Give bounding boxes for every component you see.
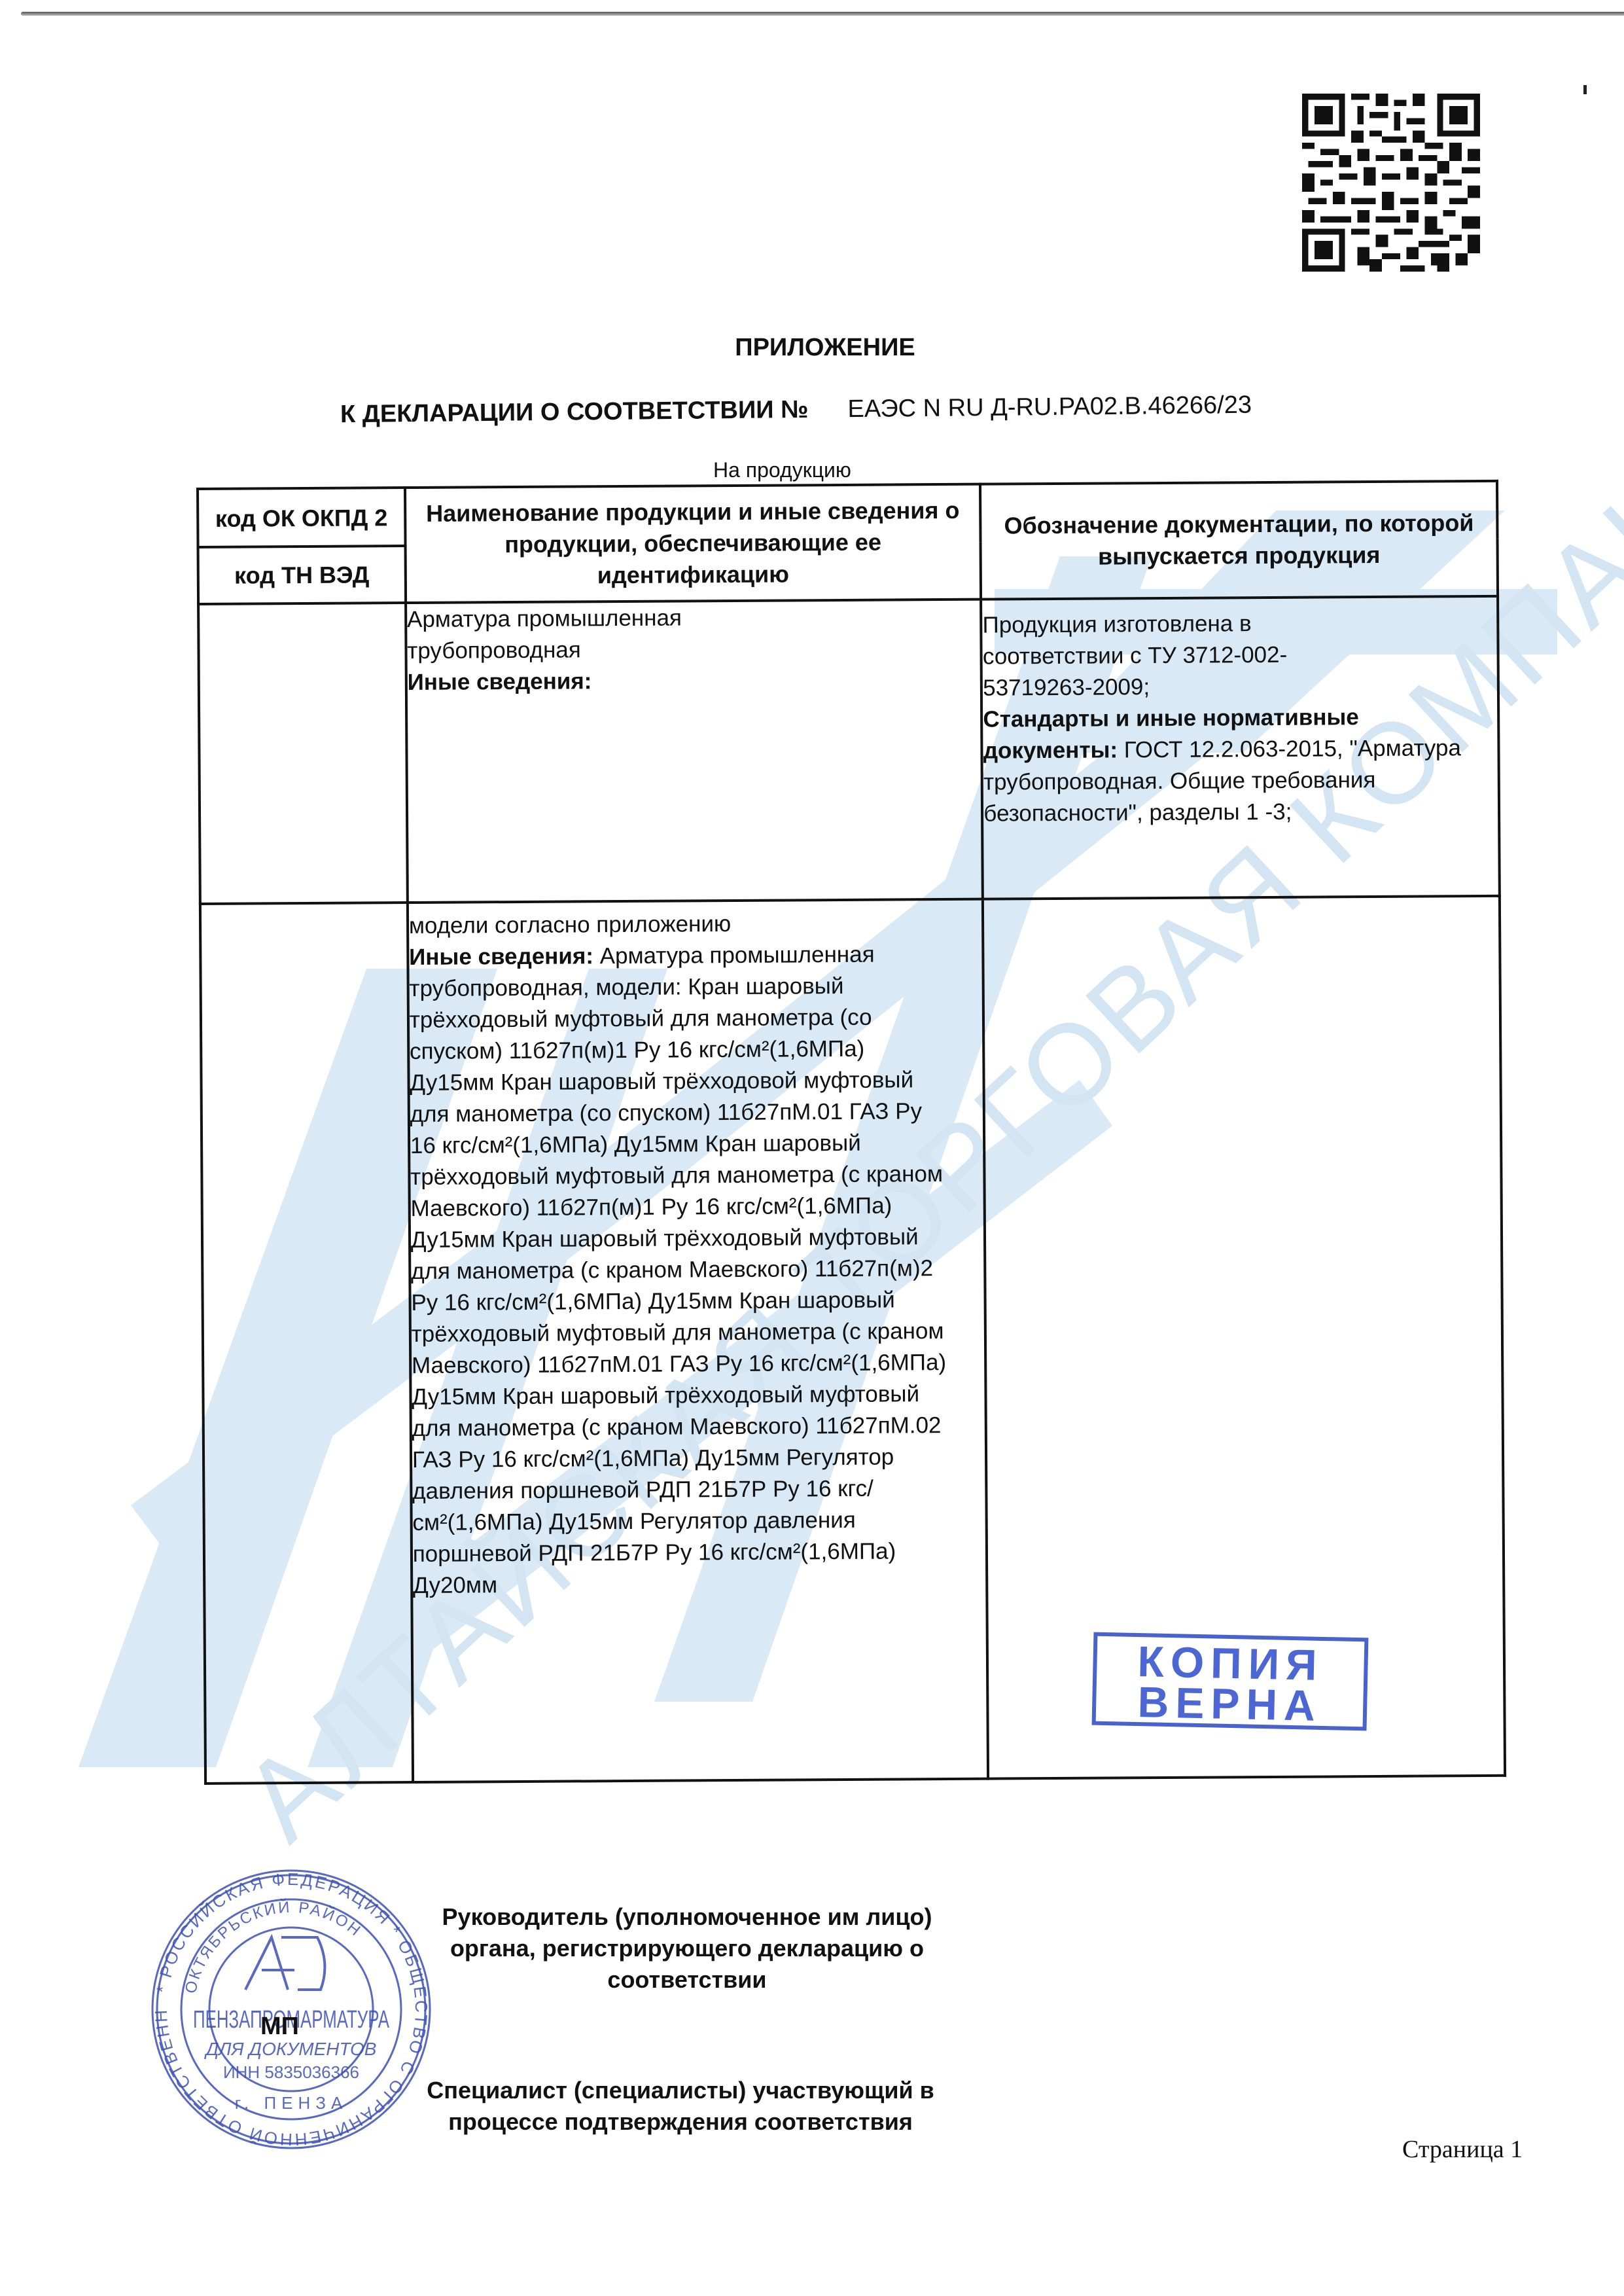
- page-title: ПРИЛОЖЕНИЕ: [0, 334, 1624, 362]
- code-cell: [198, 603, 408, 904]
- tu-reference: [984, 904, 1498, 907]
- header-tn-ved: код ТН ВЭД: [198, 546, 406, 604]
- table-header-row: код ОК ОКПД 2 Наименование продукции и и…: [198, 481, 1498, 547]
- other-info-text: Арматура промышленная трубопроводная, мо…: [409, 942, 946, 1598]
- documentation-cell: Продукция изготовлена в соответствии с Т…: [981, 596, 1500, 899]
- signature-label: процессе подтверждения соответствия: [366, 2106, 995, 2138]
- header-documentation: Обозначение документации, по которой вып…: [980, 481, 1498, 600]
- seal-place-label: МП: [260, 2013, 299, 2041]
- subtitle: На продукцию: [713, 458, 851, 482]
- product-name: Арматура промышленная трубопроводная: [407, 602, 774, 667]
- table-row: Арматура промышленная трубопроводная Ины…: [198, 596, 1500, 904]
- other-info-label: Иные сведения:: [408, 668, 592, 695]
- product-table: код ОК ОКПД 2 Наименование продукции и и…: [196, 480, 1506, 1785]
- svg-text:ДЛЯ ДОКУМЕНТОВ: ДЛЯ ДОКУМЕНТОВ: [204, 2039, 377, 2059]
- signature-label: Специалист (специалисты) участвующий в: [366, 2075, 995, 2106]
- header-okpd2: код ОК ОКПД 2: [198, 488, 405, 547]
- signature-label: Руководитель (уполномоченное им лицо): [380, 1901, 995, 1933]
- product-name: модели согласно приложению: [409, 907, 982, 942]
- company-seal-icon: * РОССИЙСКАЯ ФЕДЕРАЦИЯ * ОБЩЕСТВО С ОГРА…: [147, 1865, 435, 2153]
- code-cell: [200, 903, 413, 1784]
- scan-artifact: [1583, 85, 1587, 94]
- head-signature-block: Руководитель (уполномоченное им лицо) ор…: [380, 1901, 995, 1996]
- signature-label: соответствии: [380, 1964, 995, 1996]
- copy-certified-stamp: КОПИЯ ВЕРНА: [1092, 1632, 1369, 1731]
- product-cell: модели согласно приложению Иные сведения…: [408, 899, 989, 1782]
- specialist-signature-block: Специалист (специалисты) участвующий в п…: [366, 2075, 995, 2138]
- signature-label: органа, регистрирующего декларацию о: [380, 1933, 995, 1964]
- scan-page-edge: [21, 12, 1624, 16]
- product-cell: Арматура промышленная трубопроводная Ины…: [406, 600, 983, 903]
- declaration-heading: К ДЕКЛАРАЦИИ О СООТВЕТСТВИИ №ЕАЭС N RU Д…: [340, 391, 1252, 429]
- svg-text:г. ПЕНЗА: г. ПЕНЗА: [235, 2093, 348, 2113]
- declaration-number: ЕАЭС N RU Д-RU.PA02.B.46266/23: [847, 391, 1252, 423]
- stamp-line-2: ВЕРНА: [1096, 1681, 1364, 1727]
- declaration-label: К ДЕКЛАРАЦИИ О СООТВЕТСТВИИ №: [340, 396, 809, 428]
- svg-text:ИНН 5835036366: ИНН 5835036366: [223, 2062, 359, 2082]
- tu-reference: Продукция изготовлена в соответствии с Т…: [982, 607, 1382, 704]
- other-info-label: Иные сведения:: [409, 943, 593, 970]
- qr-code-icon: [1302, 94, 1480, 272]
- header-product-name: Наименование продукции и иные сведения о…: [405, 484, 981, 603]
- page-number: Страница 1: [1402, 2135, 1523, 2164]
